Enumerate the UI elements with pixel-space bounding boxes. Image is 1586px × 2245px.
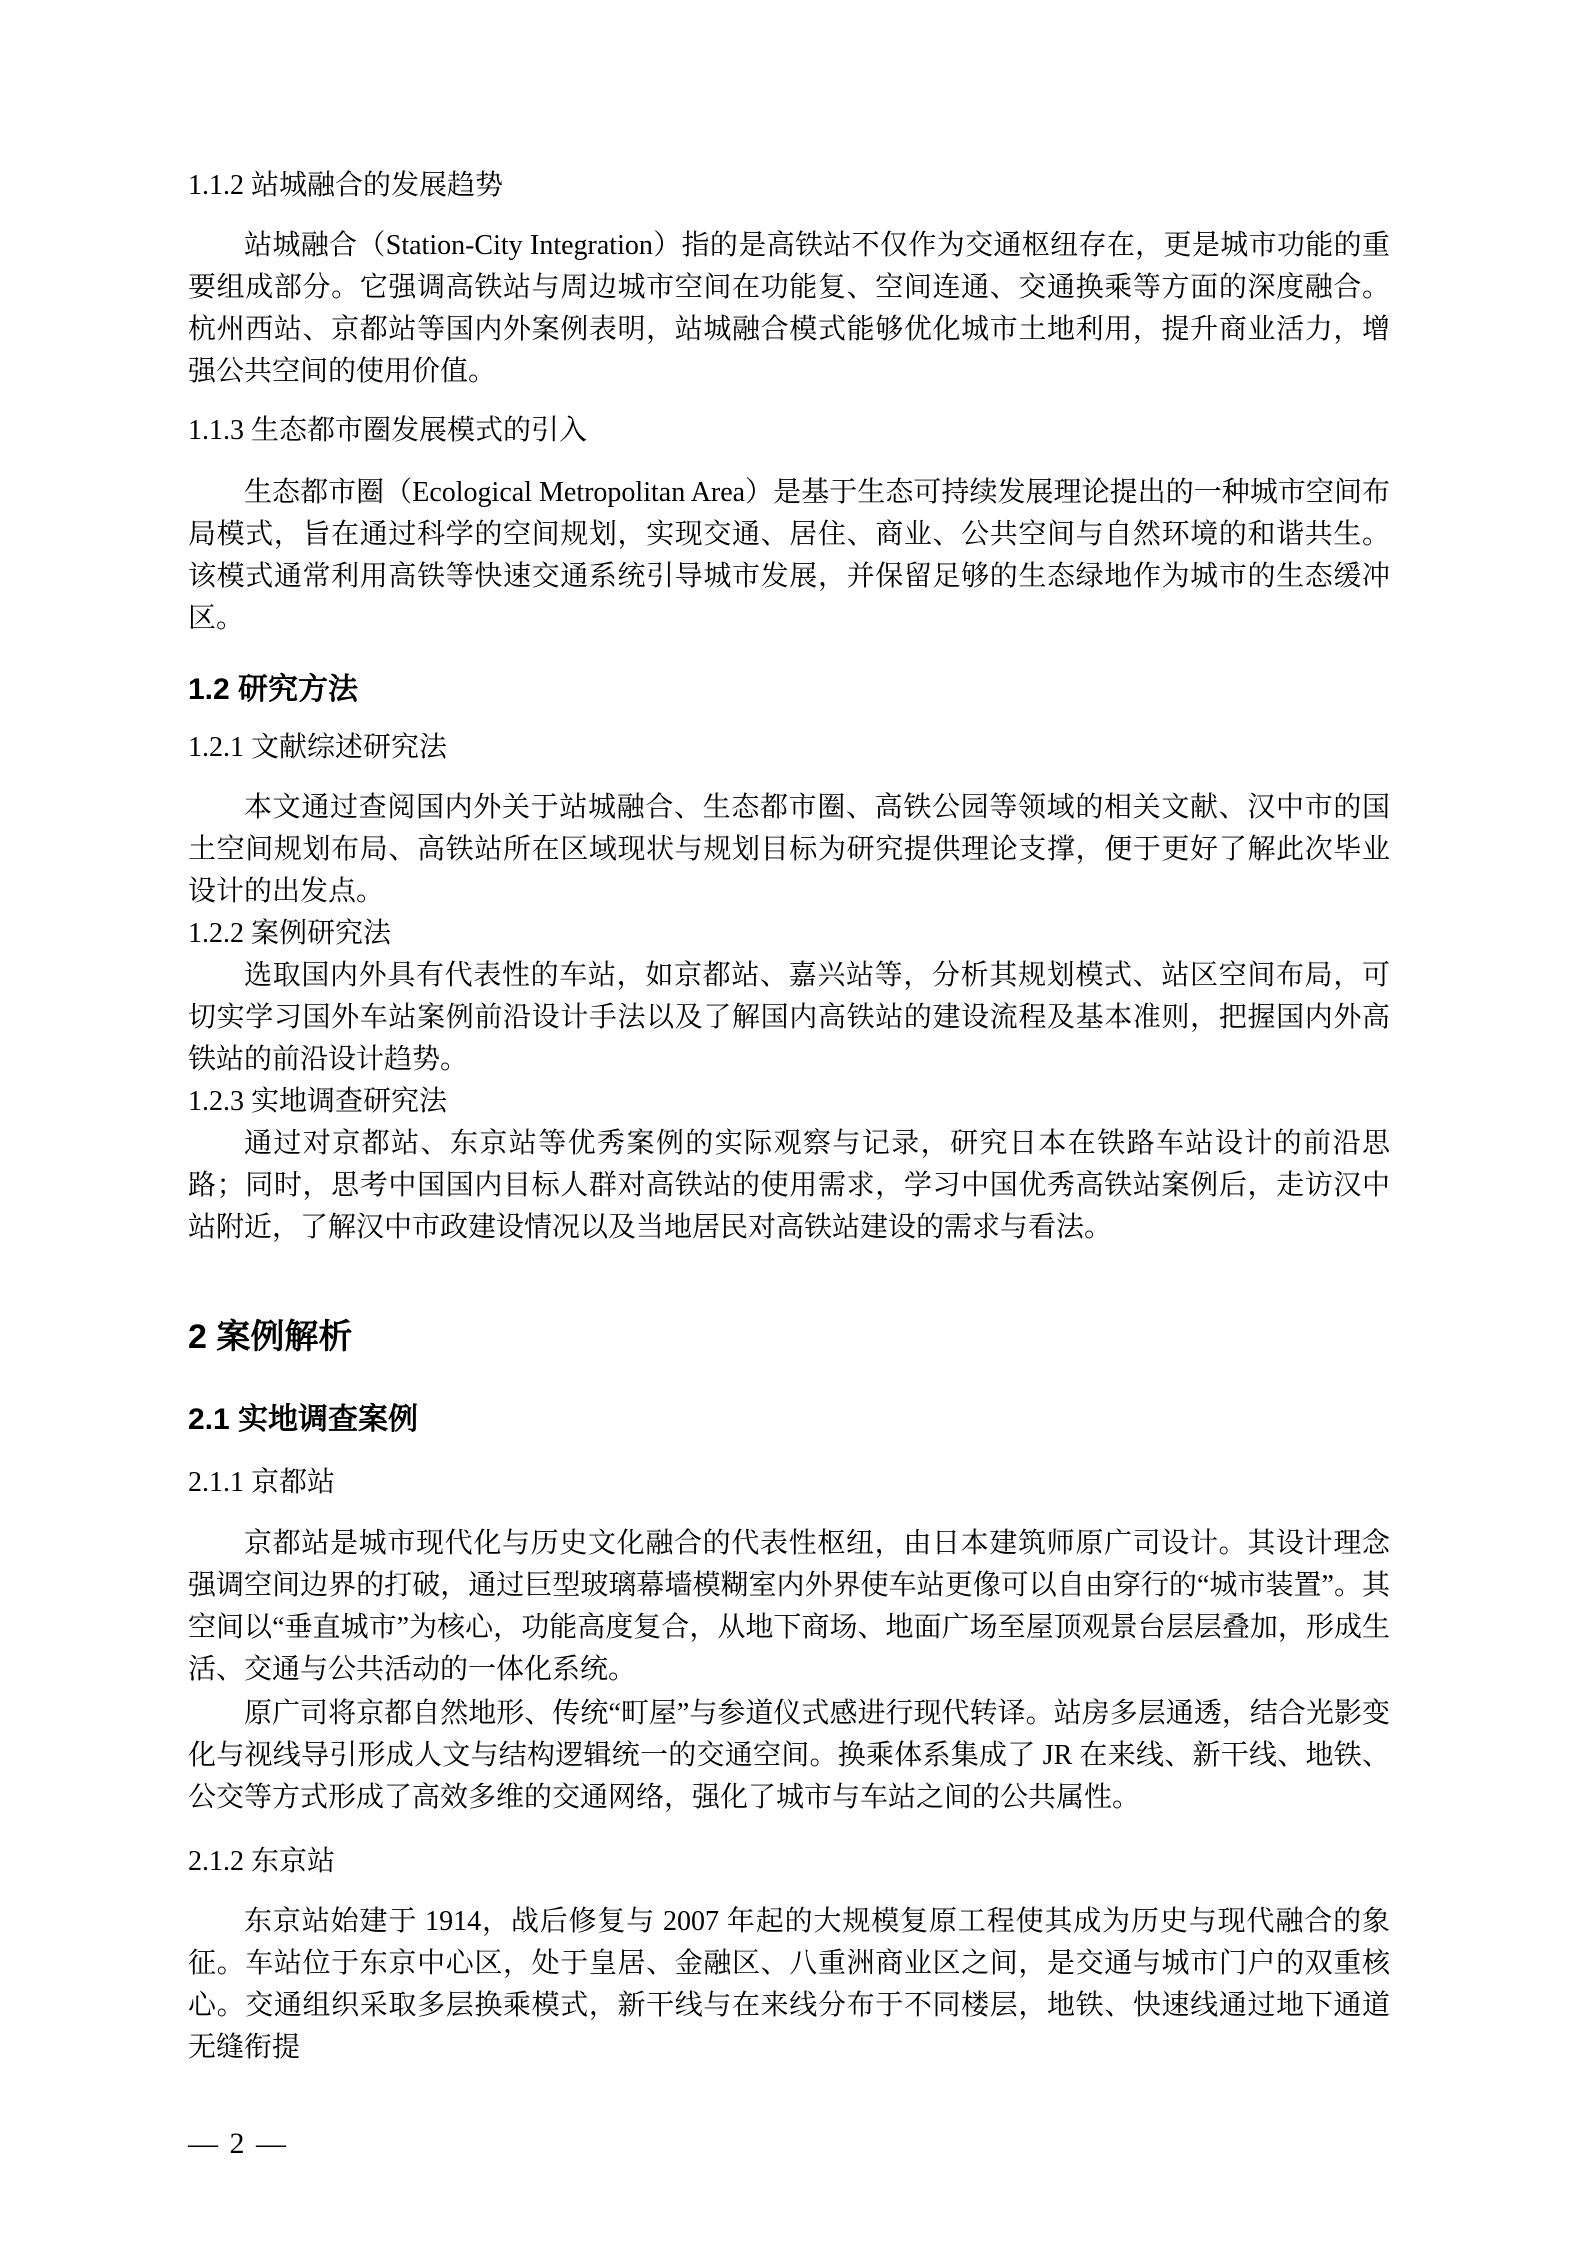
heading-2-1-2: 2.1.2 东京站 <box>188 1841 1390 1883</box>
heading-1-2-3: 1.2.3 实地调查研究法 <box>188 1081 1390 1123</box>
document-page: 1.1.2 站城融合的发展趋势 站城融合（Station-City Integr… <box>0 0 1586 2245</box>
paragraph-kyoto-station-1: 京都站是城市现代化与历史文化融合的代表性枢纽，由日本建筑师原广司设计。其设计理念… <box>188 1523 1390 1691</box>
paragraph-literature-review: 本文通过查阅国内外关于站城融合、生态都市圈、高铁公园等领域的相关文献、汉中市的国… <box>188 787 1390 913</box>
heading-1-2: 1.2 研究方法 <box>188 667 1390 713</box>
heading-2: 2 案例解析 <box>188 1310 1390 1364</box>
heading-2-1: 2.1 实地调查案例 <box>188 1397 1390 1443</box>
heading-1-2-1: 1.2.1 文献综述研究法 <box>188 727 1390 769</box>
paragraph-kyoto-station-2: 原广司将京都自然地形、传统“町屋”与参道仪式感进行现代转译。站房多层通透，结合光… <box>188 1693 1390 1819</box>
paragraph-eco-metropolitan: 生态都市圈（Ecological Metropolitan Area）是基于生态… <box>188 472 1390 640</box>
heading-2-1-1: 2.1.1 京都站 <box>188 1462 1390 1504</box>
paragraph-case-study: 选取国内外具有代表性的车站，如京都站、嘉兴站等，分析其规划模式、站区空间布局，可… <box>188 955 1390 1081</box>
heading-1-1-3: 1.1.3 生态都市圈发展模式的引入 <box>188 410 1390 452</box>
page-number: — 2 — <box>188 2124 1390 2164</box>
paragraph-tokyo-station: 东京站始建于 1914，战后修复与 2007 年起的大规模复原工程使其成为历史与… <box>188 1901 1390 2069</box>
heading-1-2-2: 1.2.2 案例研究法 <box>188 913 1390 955</box>
paragraph-station-city-trend: 站城融合（Station-City Integration）指的是高铁站不仅作为… <box>188 225 1390 393</box>
paragraph-field-survey: 通过对京都站、东京站等优秀案例的实际观察与记录，研究日本在铁路车站设计的前沿思路… <box>188 1123 1390 1249</box>
heading-1-1-2: 1.1.2 站城融合的发展趋势 <box>188 165 1390 207</box>
